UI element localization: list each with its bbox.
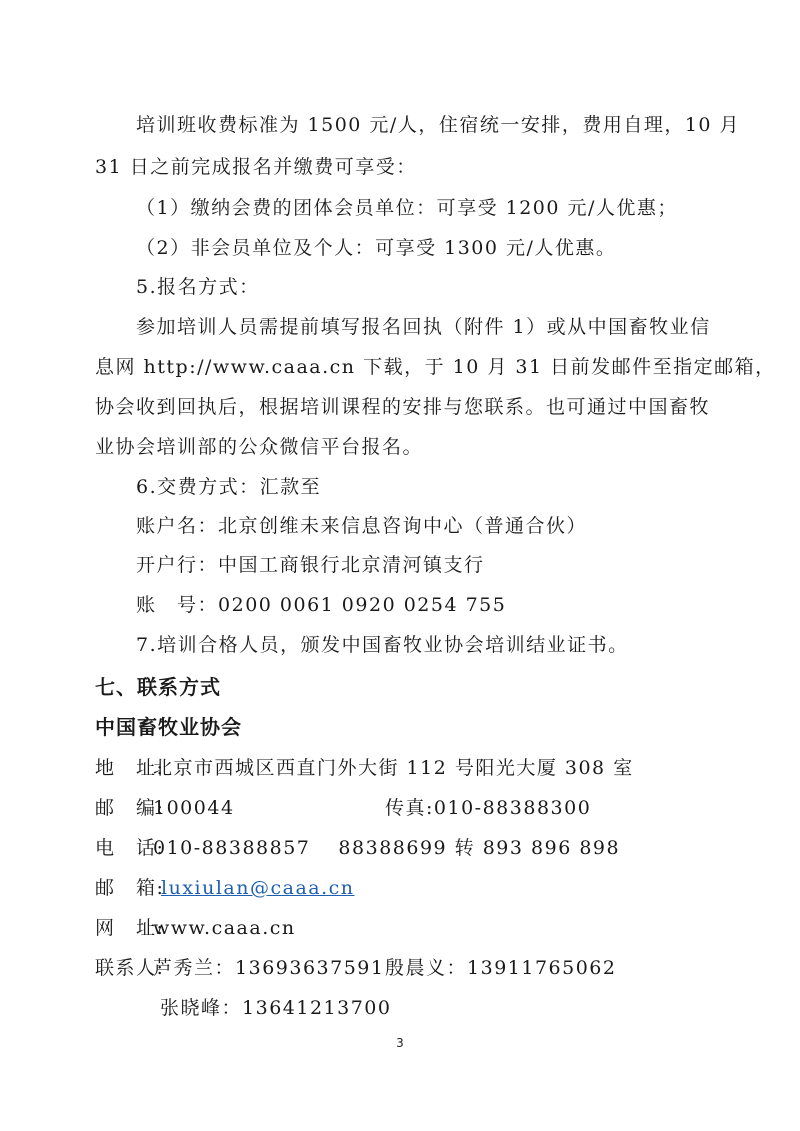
website-line: 网 址:www.caaa.cn <box>95 916 296 940</box>
section-5-title: 5.报名方式： <box>136 275 260 299</box>
account-name: 账户名：北京创维未来信息咨询中心（普通合伙） <box>136 514 587 538</box>
email-label: 邮 箱: <box>95 876 153 900</box>
address-label: 地 址: <box>95 756 153 780</box>
contact-person-1-phone: 13693637591 <box>235 957 384 979</box>
contact-person-2-name: 殷晨义： <box>385 957 467 979</box>
page-number: 3 <box>0 1036 800 1050</box>
contact-heading: 七、联系方式 <box>95 675 221 699</box>
contact-person-3-name: 张晓峰： <box>160 997 242 1019</box>
section-5-line-2: 息网 http://www.caaa.cn 下载，于 10 月 31 日前发邮件… <box>95 355 776 379</box>
contact-person-2-phone: 13911765062 <box>467 957 616 979</box>
section-7: 7.培训合格人员，颁发中国畜牧业协会培训结业证书。 <box>136 633 629 657</box>
discount-member: （1）缴纳会费的团体会员单位：可享受 1200 元/人优惠； <box>136 196 678 220</box>
document-page: 培训班收费标准为 1500 元/人，住宿统一安排，费用自理，10 月 31 日之… <box>0 0 800 1131</box>
address-value: 北京市西城区西直门外大街 112 号阳光大厦 308 室 <box>153 757 634 779</box>
section-6-title: 6.交费方式：汇款至 <box>136 475 321 499</box>
discount-nonmember: （2）非会员单位及个人：可享受 1300 元/人优惠。 <box>136 236 616 260</box>
postcode-value: 100044 <box>153 797 235 819</box>
email-line: 邮 箱:luxiulan@caaa.cn <box>95 876 355 900</box>
website-value: www.caaa.cn <box>153 917 296 939</box>
account-number-label: 账 号： <box>136 594 218 616</box>
phone-label: 电 话: <box>95 836 153 860</box>
contact-person-2: 殷晨义：13911765062 <box>385 956 617 980</box>
postcode-line: 邮 编:100044 <box>95 796 235 820</box>
postcode-label: 邮 编: <box>95 796 153 820</box>
bank-name: 开户行：中国工商银行北京清河镇支行 <box>136 553 485 577</box>
section-5-line-3: 协会收到回执后，根据培训课程的安排与您联系。也可通过中国畜牧 <box>95 395 710 419</box>
organization-name: 中国畜牧业协会 <box>95 715 242 739</box>
contacts-label: 联系人: <box>95 956 153 980</box>
account-number: 0200 0061 0920 0254 755 <box>218 594 506 616</box>
section-5-line-1: 参加培训人员需提前填写报名回执（附件 1）或从中国畜牧业信 <box>136 315 711 339</box>
section-5-line-4: 业协会培训部的公众微信平台报名。 <box>95 435 423 459</box>
phone-line: 电 话:010-88388857 88388699 转 893 896 898 <box>95 836 620 860</box>
contact-person-3: 张晓峰：13641213700 <box>160 996 392 1020</box>
email-link[interactable]: luxiulan@caaa.cn <box>161 877 355 899</box>
address-line: 地 址:北京市西城区西直门外大街 112 号阳光大厦 308 室 <box>95 756 634 780</box>
contact-person-3-phone: 13641213700 <box>242 997 391 1019</box>
website-label: 网 址: <box>95 916 153 940</box>
fax-label: 传真: <box>385 797 434 819</box>
fax-value: 010-88388300 <box>434 797 591 819</box>
fax-line: 传真:010-88388300 <box>385 796 591 820</box>
fee-line-1: 培训班收费标准为 1500 元/人，住宿统一安排，费用自理，10 月 <box>136 113 740 137</box>
phone-value: 010-88388857 88388699 转 893 896 898 <box>153 837 620 859</box>
contacts-line: 联系人:芦秀兰：13693637591 <box>95 956 385 980</box>
fee-line-2: 31 日之前完成报名并缴费可享受： <box>95 155 417 179</box>
account-number-line: 账 号：0200 0061 0920 0254 755 <box>136 593 506 617</box>
contact-person-1-name: 芦秀兰： <box>153 957 235 979</box>
